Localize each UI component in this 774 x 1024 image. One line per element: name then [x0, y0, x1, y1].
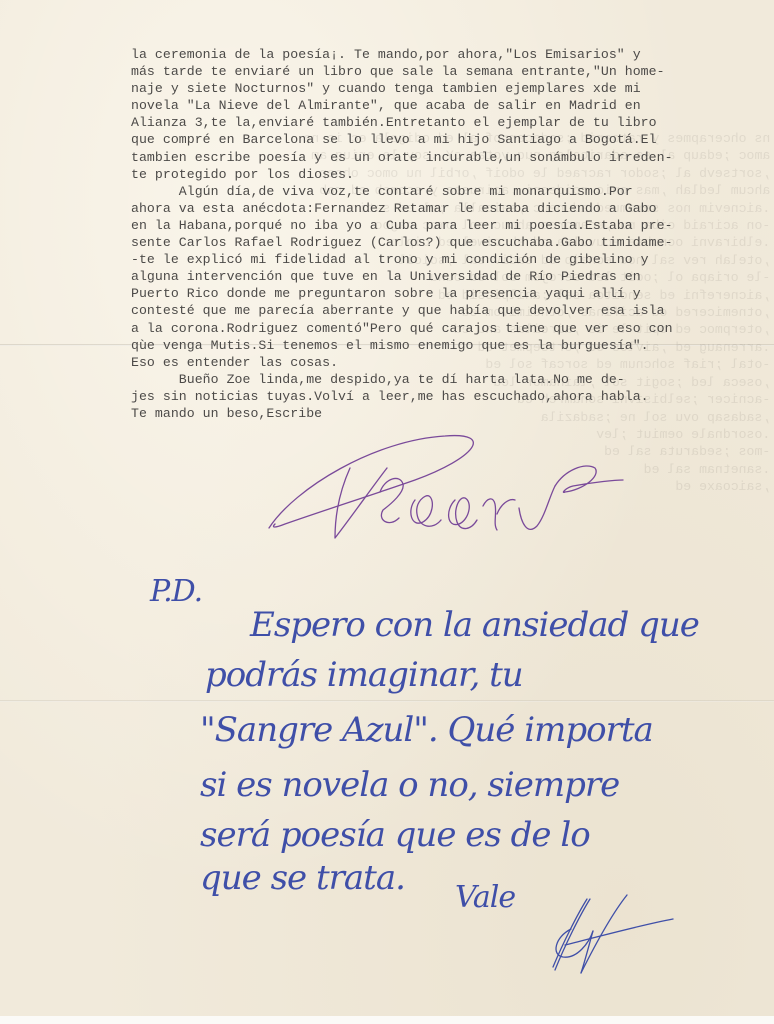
typed-line: contesté que me parecía aberrante y que …	[131, 302, 771, 319]
scan-bottom-edge	[0, 1016, 774, 1024]
typed-line: Algún día,de viva voz,te contaré sobre m…	[131, 183, 771, 200]
typed-line: tambien escribe poesía y es un orate inc…	[131, 149, 771, 166]
typed-line: te protegido por los dioses.	[131, 166, 771, 183]
handwritten-signature: Alvaro	[265, 428, 625, 548]
typed-line: Alianza 3,te la,enviaré también.Entretan…	[131, 114, 771, 131]
typed-line: novela "La Nieve del Almirante", que aca…	[131, 97, 771, 114]
postscript-line: que se trata.	[200, 858, 405, 898]
typed-line: Te mando un beso,Escribe	[131, 405, 771, 422]
typed-line: Bueño Zoe linda,me despido,ya te dí hart…	[131, 371, 771, 388]
typed-line: ahora va esta anécdota:Fernandez Retamar…	[131, 200, 771, 217]
postscript-line: podrás imaginar, tu	[205, 655, 523, 695]
postscript-line: será poesía que es de lo	[200, 815, 590, 855]
paper-fold-line	[0, 700, 774, 702]
typed-line: -te le explicó mi fidelidad al trono y m…	[131, 251, 771, 268]
typed-line: Eso es entender las cosas.	[131, 354, 771, 371]
handwritten-initials: AM	[545, 885, 675, 975]
postscript-line: Espero con la ansiedad que	[250, 605, 699, 645]
typed-line: la ceremonia de la poesía¡. Te mando,por…	[131, 46, 771, 63]
typed-letter-body: la ceremonia de la poesía¡. Te mando,por…	[131, 46, 771, 422]
typed-line: Puerto Rico donde me preguntaron sobre l…	[131, 285, 771, 302]
typed-line: más tarde te enviaré un libro que sale l…	[131, 63, 771, 80]
typed-line: que compré en Barcelona se lo llevo a mi…	[131, 131, 771, 148]
typed-line: a la corona.Rodriguez comentó"Pero qué c…	[131, 320, 771, 337]
postscript-line: "Sangre Azul". Qué importa	[200, 710, 653, 750]
typed-line: naje y siete Nocturnos" y cuando tenga t…	[131, 80, 771, 97]
typed-line: qùe venga Mutis.Si tenemos el mismo enem…	[131, 337, 771, 354]
typed-line: alguna intervención que tuve en la Unive…	[131, 268, 771, 285]
postscript-closing: Vale	[455, 880, 515, 915]
letter-page: ns ohcerapmes y ratcerid ;sadecerrof al …	[0, 0, 774, 1016]
typed-line: jes sin noticias tuyas.Volví a leer,me h…	[131, 388, 771, 405]
typed-line: sente Carlos Rafael Rodriguez (Carlos?) …	[131, 234, 771, 251]
postscript-line: si es novela o no, siempre	[200, 765, 619, 805]
postscript-label: P.D.	[150, 574, 202, 609]
typed-line: en la Habana,porqué no iba yo a Cuba par…	[131, 217, 771, 234]
